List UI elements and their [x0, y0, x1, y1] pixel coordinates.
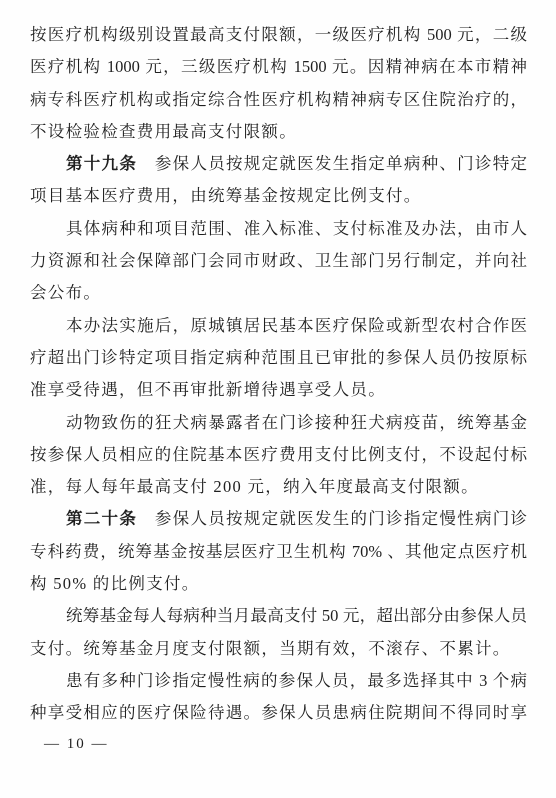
paragraph-line: 患有多种门诊指定慢性病的参保人员，最多选择其中 3 个病	[30, 665, 527, 697]
line-text: 参保人员按规定就医发生的门诊指定慢性病门诊	[137, 509, 527, 528]
paragraph-line: 按医疗机构级别设置最高支付限额，一级医疗机构 500 元，二级	[30, 19, 527, 51]
paragraph-line: 种享受相应的医疗保险待遇。参保人员患病住院期间不得同时享	[30, 697, 527, 729]
paragraph-line: 专科药费，统筹基金按基层医疗卫生机构 70% 、其他定点医疗机	[30, 536, 527, 568]
paragraph-line: 按参保人员相应的住院基本医疗费用支付比例支付，不设起付标	[30, 439, 527, 471]
paragraph-line: 疗超出门诊特定项目指定病种范围且已审批的参保人员仍按原标	[30, 342, 527, 374]
paragraph-line: 准享受待遇，但不再审批新增待遇享受人员。	[30, 374, 527, 406]
article-20-heading-line: 第二十条 参保人员按规定就医发生的门诊指定慢性病门诊	[30, 503, 527, 535]
article-19-heading-line: 第十九条 参保人员按规定就医发生指定单病种、门诊特定	[30, 148, 527, 180]
article-number-label: 第二十条	[66, 509, 137, 528]
paragraph-line: 项目基本医疗费用，由统筹基金按规定比例支付。	[30, 180, 527, 212]
article-number-label: 第十九条	[66, 154, 137, 173]
paragraph-line: 不设检验检查费用最高支付限额。	[30, 116, 527, 148]
paragraph-line: 力资源和社会保障部门会同市财政、卫生部门另行制定，并向社	[30, 245, 527, 277]
paragraph-line: 病专科医疗机构或指定综合性医疗机构精神病专区住院治疗的，	[30, 84, 527, 116]
paragraph-line: 统筹基金每人每病种当月最高支付 50 元，超出部分由参保人员	[30, 600, 527, 632]
page-number: — 10 —	[44, 735, 109, 753]
paragraph-line: 动物致伤的狂犬病暴露者在门诊接种狂犬病疫苗，统筹基金	[30, 407, 527, 439]
paragraph-line: 具体病种和项目范围、准入标准、支付标准及办法，由市人	[30, 213, 527, 245]
paragraph-line: 准，每人每年最高支付 200 元，纳入年度最高支付限额。	[30, 471, 527, 503]
document-page: 按医疗机构级别设置最高支付限额，一级医疗机构 500 元，二级 医疗机构 100…	[0, 0, 556, 798]
paragraph-line: 本办法实施后，原城镇居民基本医疗保险或新型农村合作医	[30, 310, 527, 342]
document-body: 按医疗机构级别设置最高支付限额，一级医疗机构 500 元，二级 医疗机构 100…	[30, 19, 527, 730]
paragraph-line: 支付。统筹基金月度支付限额，当期有效，不滚存、不累计。	[30, 633, 527, 665]
line-text: 参保人员按规定就医发生指定单病种、门诊特定	[137, 154, 527, 173]
paragraph-line: 医疗机构 1000 元，三级医疗机构 1500 元。因精神病在本市精神	[30, 51, 527, 83]
paragraph-line: 会公布。	[30, 277, 527, 309]
paragraph-line: 构 50% 的比例支付。	[30, 568, 527, 600]
